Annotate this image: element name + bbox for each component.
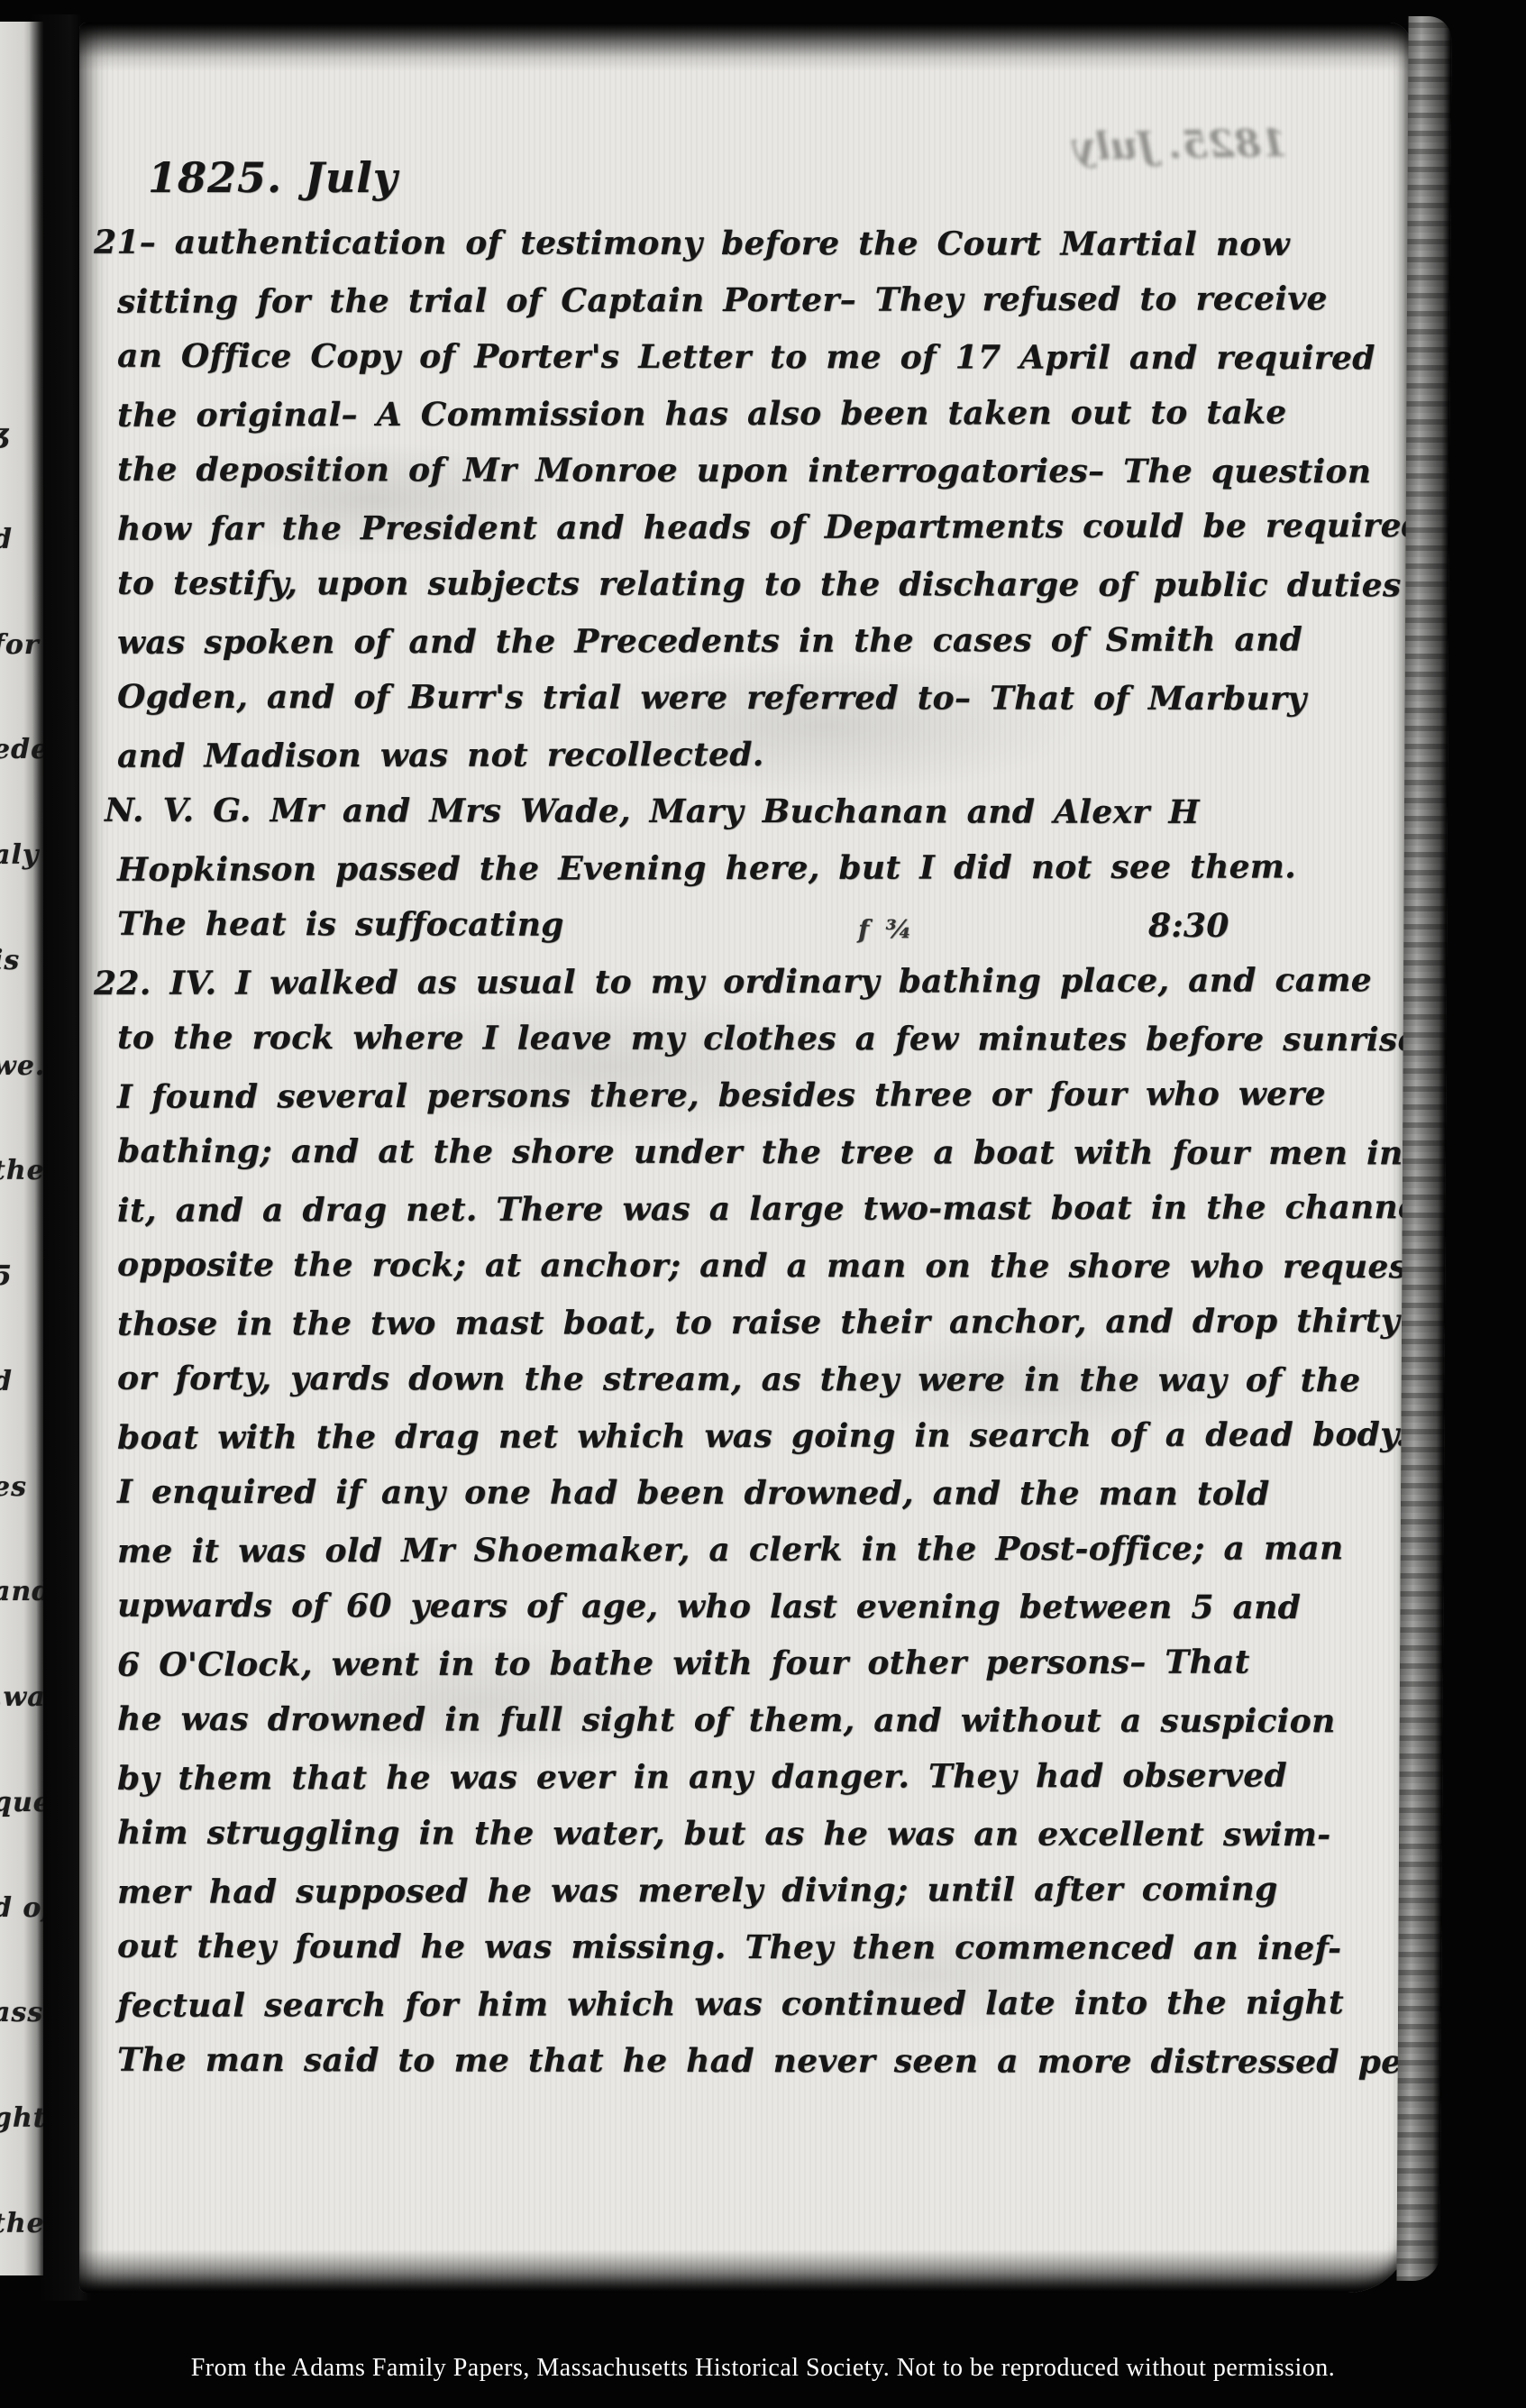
handwriting-line: by them that he was ever in any danger. …: [92, 1747, 1376, 1808]
margin-fragment: is: [0, 945, 20, 976]
margin-fragment: asson: [0, 1997, 43, 2028]
page-heading: 1825. July: [92, 149, 1376, 215]
handwriting-line: 6 O'Clock, went in to bathe with four ot…: [92, 1634, 1376, 1694]
handwriting-line: him struggling in the water, but as he w…: [92, 1805, 1376, 1863]
handwriting-line: or forty, yards down the stream, as they…: [92, 1350, 1376, 1409]
handwriting-line: mer had supposed he was merely diving; u…: [92, 1861, 1376, 1921]
margin-fragment: ʒ: [0, 418, 9, 450]
margin-fragment: ght.: [0, 2102, 43, 2134]
handwriting-line: I found several persons there, besides t…: [92, 1066, 1376, 1126]
handwriting-line: to the rock where I leave my clothes a f…: [92, 1010, 1376, 1068]
handwriting-line: fectual search for him which was continu…: [92, 1974, 1376, 2035]
handwriting-line: to testify, upon subjects relating to th…: [92, 555, 1376, 614]
manuscript-scan: ʒ d for ede aly is we. the 5 d es and .w…: [0, 0, 1526, 2408]
handwriting-line: opposite the rock; at anchor; and a man …: [92, 1237, 1376, 1296]
heat-note: The heat is suffocating: [117, 905, 564, 944]
page-bottom-shadow: [79, 2249, 1411, 2293]
handwriting-line: sitting for the trial of Captain Porter–…: [92, 270, 1376, 331]
handwriting-line: boat with the drag net which was going i…: [92, 1406, 1376, 1467]
page-top-shadow: [79, 23, 1411, 71]
handwriting-line: he was drowned in full sight of them, an…: [92, 1691, 1376, 1750]
handwriting-line: the deposition of Mr Monroe upon interro…: [92, 442, 1376, 500]
handwriting-block: 1825. July 21– authentication of testimo…: [92, 149, 1376, 2090]
handwriting-line: Ogden, and of Burr's trial were referred…: [92, 669, 1376, 728]
margin-fragment: d: [0, 1366, 13, 1397]
handwriting-line: Hopkinson passed the Evening here, but I…: [92, 838, 1376, 899]
archive-caption: From the Adams Family Papers, Massachuse…: [0, 2346, 1526, 2391]
bedtime-note: 8:30: [1148, 898, 1229, 955]
handwriting-line: was spoken of and the Precedents in the …: [92, 611, 1376, 672]
handwriting-line: the original– A Commission has also been…: [92, 384, 1376, 444]
handwriting-line: 22. IV. I walked as usual to my ordinary…: [92, 952, 1376, 1012]
margin-fragment: es: [0, 1471, 27, 1503]
handwriting-line: how far the President and heads of Depar…: [92, 498, 1376, 558]
handwriting-line: out they found he was missing. They then…: [92, 1918, 1376, 1977]
margin-fragment: d: [0, 524, 13, 555]
margin-fragment: the: [0, 2208, 43, 2239]
handwriting-line: 21– authentication of testimony before t…: [92, 215, 1376, 273]
handwriting-line: me it was old Mr Shoemaker, a clerk in t…: [92, 1520, 1376, 1580]
handwriting-line: N. V. G. Mr and Mrs Wade, Mary Buchanan …: [92, 783, 1376, 841]
handwriting-line: The man said to me that he had never see…: [92, 2032, 1376, 2091]
handwriting-line: it, and a drag net. There was a large tw…: [92, 1179, 1376, 1240]
handwriting-line: those in the two mast boat, to raise the…: [92, 1293, 1376, 1353]
handwriting-line: an Office Copy of Porter's Letter to me …: [92, 328, 1376, 387]
handwriting-line: I enquired if any one had been drowned, …: [92, 1464, 1376, 1523]
handwriting-line: upwards of 60 years of age, who last eve…: [92, 1578, 1376, 1636]
diary-page: 1825. July 1825. July 21– authentication…: [79, 23, 1411, 2293]
heat-mark: f ¾: [858, 901, 912, 957]
handwriting-line: and Madison was not recollected.: [92, 725, 1376, 785]
handwriting-line: bathing; and at the shore under the tree…: [92, 1123, 1376, 1182]
handwriting-line: The heat is suffocating f ¾ 8:30: [92, 896, 1376, 955]
margin-fragment: 5: [0, 1260, 13, 1292]
